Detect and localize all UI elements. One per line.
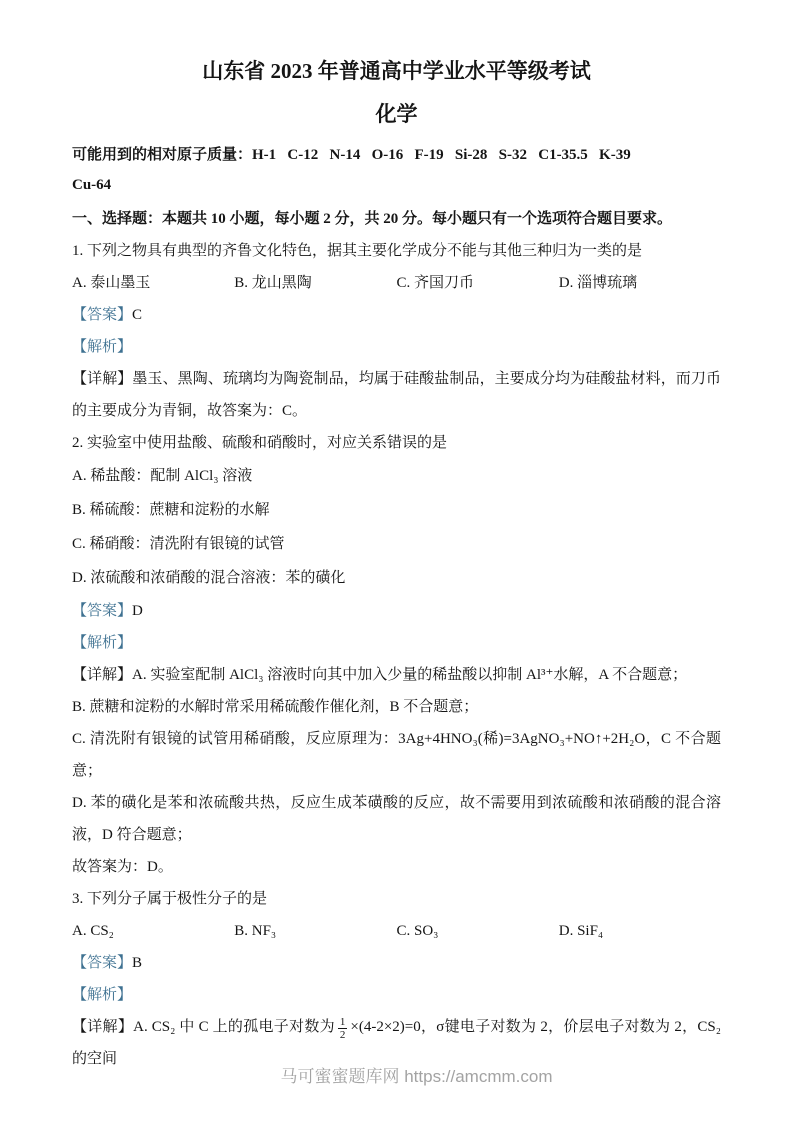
detail-text-before-fraction: 【详解】A. CS₂ 中 C 上的孤电子对数为 xyxy=(72,1019,335,1035)
question-block-1: 1. 下列之物具有典型的齐鲁文化特色，据其主要化学成分不能与其他三种归为一类的是… xyxy=(72,235,721,427)
question-2-option-d: D. 浓硫酸和浓硝酸的混合溶液：苯的磺化 xyxy=(72,561,721,595)
question-3-option-d: D. SiF₄ xyxy=(559,915,721,947)
fraction: 12 xyxy=(338,1016,348,1041)
question-block-2: 2. 实验室中使用盐酸、硫酸和硝酸时，对应关系错误的是 A. 稀盐酸：配制 Al… xyxy=(72,427,721,883)
question-1-option-d: D. 淄博琉璃 xyxy=(559,267,721,299)
question-2-detail-conclusion: 故答案为：D。 xyxy=(72,851,721,883)
question-1-stem: 1. 下列之物具有典型的齐鲁文化特色，据其主要化学成分不能与其他三种归为一类的是 xyxy=(72,235,721,267)
question-2-stem: 2. 实验室中使用盐酸、硫酸和硝酸时，对应关系错误的是 xyxy=(72,427,721,459)
question-block-3: 3. 下列分子属于极性分子的是 A. CS₂ B. NF₃ C. SO₃ D. … xyxy=(72,883,721,1075)
question-3-stem: 3. 下列分子属于极性分子的是 xyxy=(72,883,721,915)
answer-label: 【答案】 xyxy=(72,603,132,619)
question-1-option-b: B. 龙山黑陶 xyxy=(234,267,396,299)
document-page: 山东省 2023 年普通高中学业水平等级考试 化学 可能用到的相对原子质量：H-… xyxy=(0,0,793,1122)
answer-label: 【答案】 xyxy=(72,307,132,323)
question-2-detail-a: 【详解】A. 实验室配制 AlCl₃ 溶液时向其中加入少量的稀盐酸以抑制 Al³… xyxy=(72,659,721,691)
fraction-numerator: 1 xyxy=(338,1016,348,1029)
question-1-option-a: A. 泰山墨玉 xyxy=(72,267,234,299)
question-2-analysis-line: 【解析】 xyxy=(72,627,721,659)
atomic-masses-line-2: Cu-64 xyxy=(72,170,721,200)
question-2-option-a: A. 稀盐酸：配制 AlCl₃ 溶液 xyxy=(72,459,721,493)
question-3-options-row: A. CS₂ B. NF₃ C. SO₃ D. SiF₄ xyxy=(72,915,721,947)
question-1-answer-line: 【答案】C xyxy=(72,299,721,331)
question-1-detail-paragraph: 【详解】墨玉、黑陶、琉璃均为陶瓷制品，均属于硅酸盐制品，主要成分均为硅酸盐材料，… xyxy=(72,363,721,427)
question-2-detail-d: D. 苯的磺化是苯和浓硫酸共热，反应生成苯磺酸的反应，故不需要用到浓硫酸和浓硝酸… xyxy=(72,787,721,851)
answer-label: 【答案】 xyxy=(72,955,132,971)
analysis-label: 【解析】 xyxy=(72,339,132,355)
fraction-denominator: 2 xyxy=(338,1029,348,1041)
question-3-answer-line: 【答案】B xyxy=(72,947,721,979)
question-1-analysis-line: 【解析】 xyxy=(72,331,721,363)
question-2-detail-b: B. 蔗糖和淀粉的水解时常采用稀硫酸作催化剂，B 不合题意； xyxy=(72,691,721,723)
section-header: 一、选择题：本题共 10 小题，每小题 2 分，共 20 分。每小题只有一个选项… xyxy=(72,203,721,235)
question-1-option-c: C. 齐国刀币 xyxy=(397,267,559,299)
page-title: 山东省 2023 年普通高中学业水平等级考试 xyxy=(72,56,721,86)
question-3-answer-value: B xyxy=(132,955,142,971)
question-2-detail-c: C. 清洗附有银镜的试管用稀硝酸，反应原理为：3Ag+4HNO₃(稀)=3AgN… xyxy=(72,723,721,787)
page-subtitle: 化学 xyxy=(72,99,721,129)
question-2-option-b: B. 稀硫酸：蔗糖和淀粉的水解 xyxy=(72,493,721,527)
question-2-answer-line: 【答案】D xyxy=(72,595,721,627)
question-3-analysis-line: 【解析】 xyxy=(72,979,721,1011)
question-1-answer-value: C xyxy=(132,307,142,323)
question-3-option-c: C. SO₃ xyxy=(397,915,559,947)
question-3-option-a: A. CS₂ xyxy=(72,915,234,947)
question-2-answer-value: D xyxy=(132,603,143,619)
question-2-option-c: C. 稀硝酸：清洗附有银镜的试管 xyxy=(72,527,721,561)
atomic-masses-line-1: 可能用到的相对原子质量：H-1 C-12 N-14 O-16 F-19 Si-2… xyxy=(72,140,721,170)
analysis-label: 【解析】 xyxy=(72,635,132,651)
question-3-option-b: B. NF₃ xyxy=(234,915,396,947)
question-1-options-row: A. 泰山墨玉 B. 龙山黑陶 C. 齐国刀币 D. 淄博琉璃 xyxy=(72,267,721,299)
watermark-footer: 马可蜜蜜题库网 https://amcmm.com xyxy=(0,1062,793,1087)
analysis-label: 【解析】 xyxy=(72,987,132,1003)
